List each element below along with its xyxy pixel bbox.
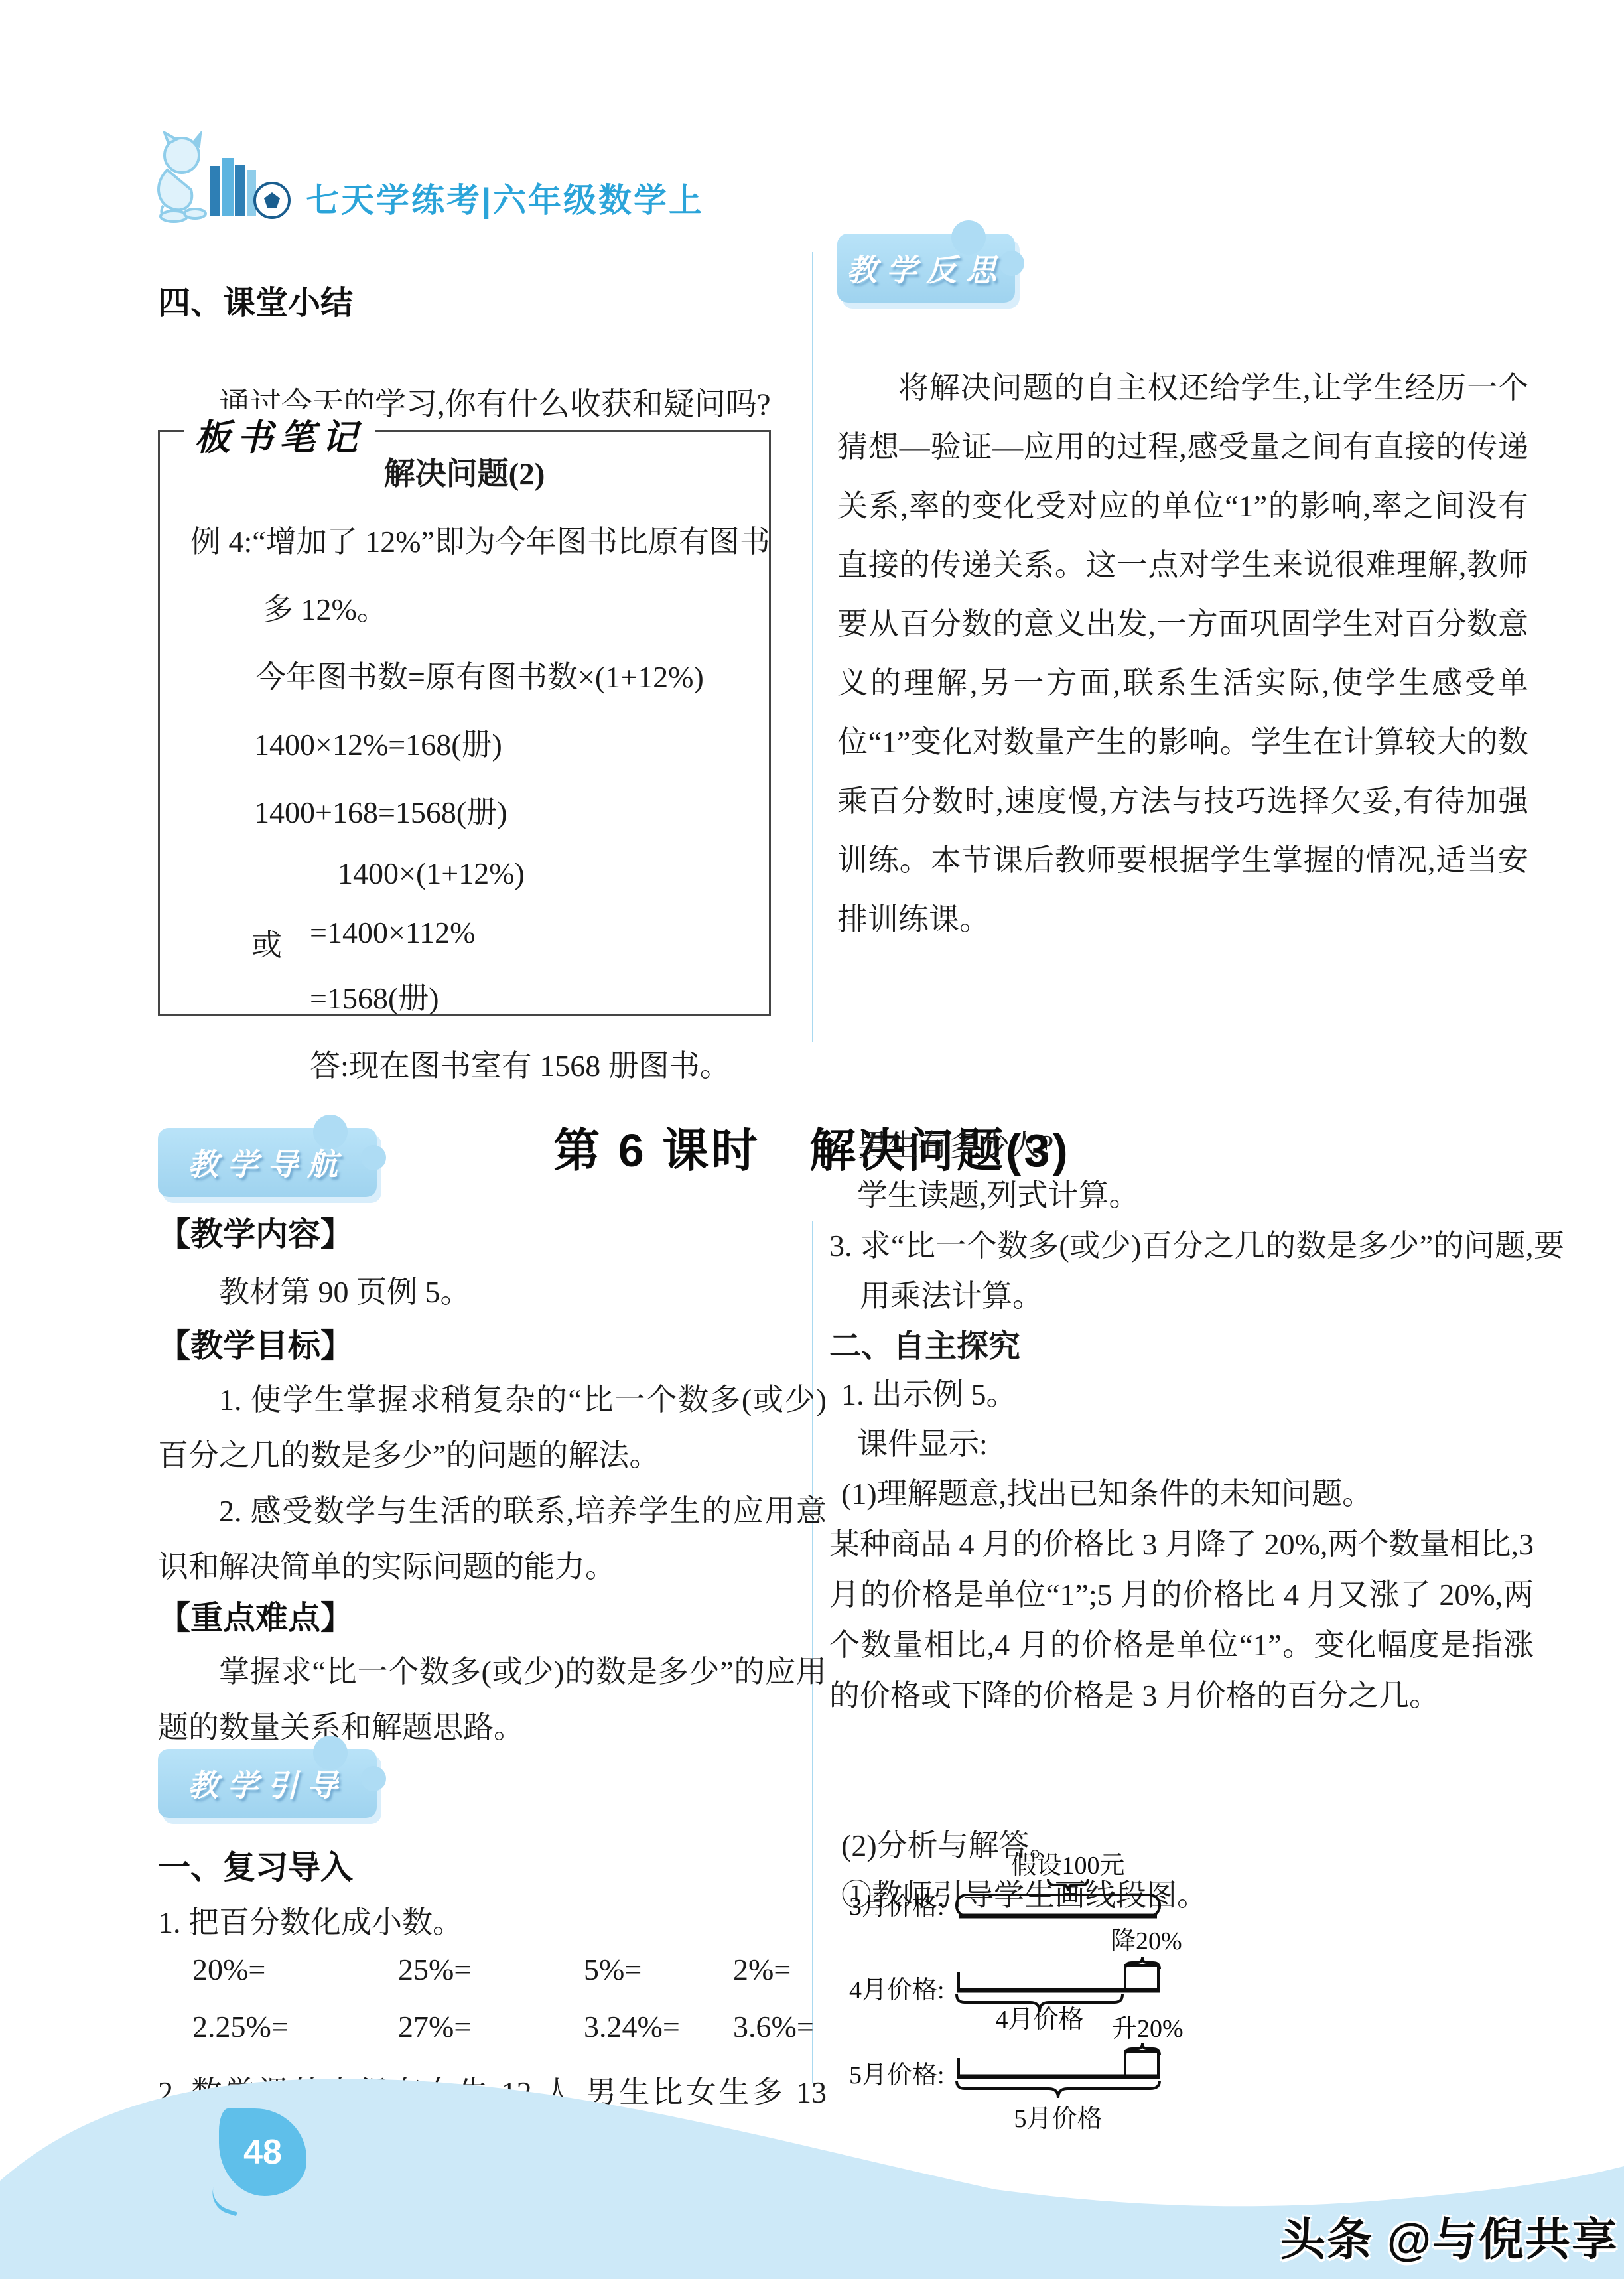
substep-1: (1)理解题意,找出已知条件的未知问题。: [829, 1470, 1546, 1513]
percent-blank: 5%=: [584, 1952, 733, 1987]
content-text: 教材第 90 页例 5。: [158, 1265, 827, 1320]
explore-heading: 二、自主探究: [829, 1320, 1534, 1366]
percent-blank: 2%=: [733, 1952, 791, 1987]
teaching-reflection-badge: 教学反思: [837, 234, 1015, 303]
drop-brace: [1125, 1957, 1160, 1969]
cat-mascot-icon: [159, 133, 206, 222]
teaching-reflection-badge-label: 教学反思: [846, 246, 1006, 290]
note-line: 1400×12%=168(册): [254, 721, 769, 764]
brand-logo: [151, 131, 294, 231]
page-header: 七天学练考|六年级数学上: [151, 131, 704, 231]
objective-item: 1. 使学生掌握求稍复杂的“比一个数多(或少)百分之几的数是多少”的问题的解法。: [158, 1372, 827, 1484]
teaching-navigation-badge-label: 教学导航: [188, 1140, 347, 1184]
textbook-page: 七天学练考|六年级数学上 四、课堂小结 通过今天的学习,你有什么收获和疑问吗? …: [0, 0, 1624, 2279]
teaching-reflection-paragraph: 将解决问题的自主权还给学生,让学生经历一个猜想—验证—应用的过程,感受量之间有直…: [837, 358, 1528, 949]
note-line: 1400×(1+12%): [338, 856, 769, 891]
question-line: 男生有多少人?: [829, 1121, 1562, 1165]
soccer-ball-icon: [255, 183, 289, 218]
percent-blank: 25%=: [398, 1952, 584, 1987]
brand-title: 七天学练考|六年级数学上: [306, 174, 704, 231]
content-heading: 【教学内容】: [158, 1209, 827, 1255]
column-divider-top: [812, 252, 813, 1042]
april-brace-label: 4月价格: [995, 2006, 1083, 2034]
teaching-guide-badge-label: 教学引导: [188, 1761, 347, 1805]
pointer-brace: [1048, 1879, 1088, 1891]
books-icon: [210, 158, 256, 216]
or-label: 或: [251, 921, 282, 965]
page-number: 48: [243, 2132, 282, 2172]
review-item-3: 3. 求“比一个数多(或少)百分之几的数是多少”的问题,要用乘法计算。: [829, 1221, 1564, 1322]
objective-item: 2. 感受数学与生活的联系,培养学生的应用意识和解决简单的实际问题的能力。: [158, 1484, 827, 1595]
board-notes-label: 板书笔记: [184, 409, 375, 460]
key-points-heading: 【重点难点】: [158, 1592, 827, 1639]
key-points-text: 掌握求“比一个数多(或少)的数是多少”的应用题的数量关系和解题思路。: [158, 1644, 827, 1756]
explore-step-1: 1. 出示例 5。: [829, 1370, 1546, 1414]
assume-label: 假设100元: [1011, 1852, 1124, 1880]
percent-blank: 20%=: [192, 1952, 398, 1987]
courseware-line: 课件显示:: [829, 1420, 1562, 1464]
note-line: 今年图书数=原有图书数×(1+12%): [255, 653, 769, 697]
board-notes-box: 板书笔记 解决问题(2) 例 4:“增加了 12%”即为今年图书比原有图书 多 …: [158, 430, 771, 1016]
march-bar: [957, 1895, 1160, 1916]
objectives-heading: 【教学目标】: [158, 1320, 827, 1367]
percent-conversion-row: 20%= 25%= 5%= 2%=: [158, 1952, 861, 1987]
alternative-solution: 或 1400×(1+12%) =1400×112% =1568(册): [160, 856, 769, 1018]
note-line: 例 4:“增加了 12%”即为今年图书比原有图书: [190, 518, 769, 561]
note-line: =1568(册): [310, 974, 769, 1018]
note-line: =1400×112%: [310, 915, 769, 950]
april-label: 4月价格:: [849, 1976, 945, 2004]
activity-line: 学生读题,列式计算。: [829, 1171, 1562, 1215]
note-answer-line: 答:现在图书室有 1568 册图书。: [310, 1042, 769, 1085]
note-line: 1400+168=1568(册): [254, 788, 769, 832]
teaching-navigation-badge: 教学导航: [158, 1128, 377, 1197]
review-item-1: 1. 把百分数化成小数。: [158, 1895, 827, 1951]
watermark-text: 头条 @与倪共享: [1280, 2204, 1618, 2268]
review-heading: 一、复习导入: [158, 1842, 827, 1888]
section-heading-summary: 四、课堂小结: [158, 277, 353, 324]
teaching-guide-badge: 教学引导: [158, 1749, 377, 1818]
problem-statement: 某种商品 4 月的价格比 3 月降了 20%,两个数量相比,3 月的价格是单位“…: [829, 1519, 1534, 1721]
note-line: 多 12%。: [263, 585, 769, 629]
march-label: 3月价格:: [849, 1893, 945, 1921]
drop-label: 降20%: [1111, 1927, 1182, 1955]
